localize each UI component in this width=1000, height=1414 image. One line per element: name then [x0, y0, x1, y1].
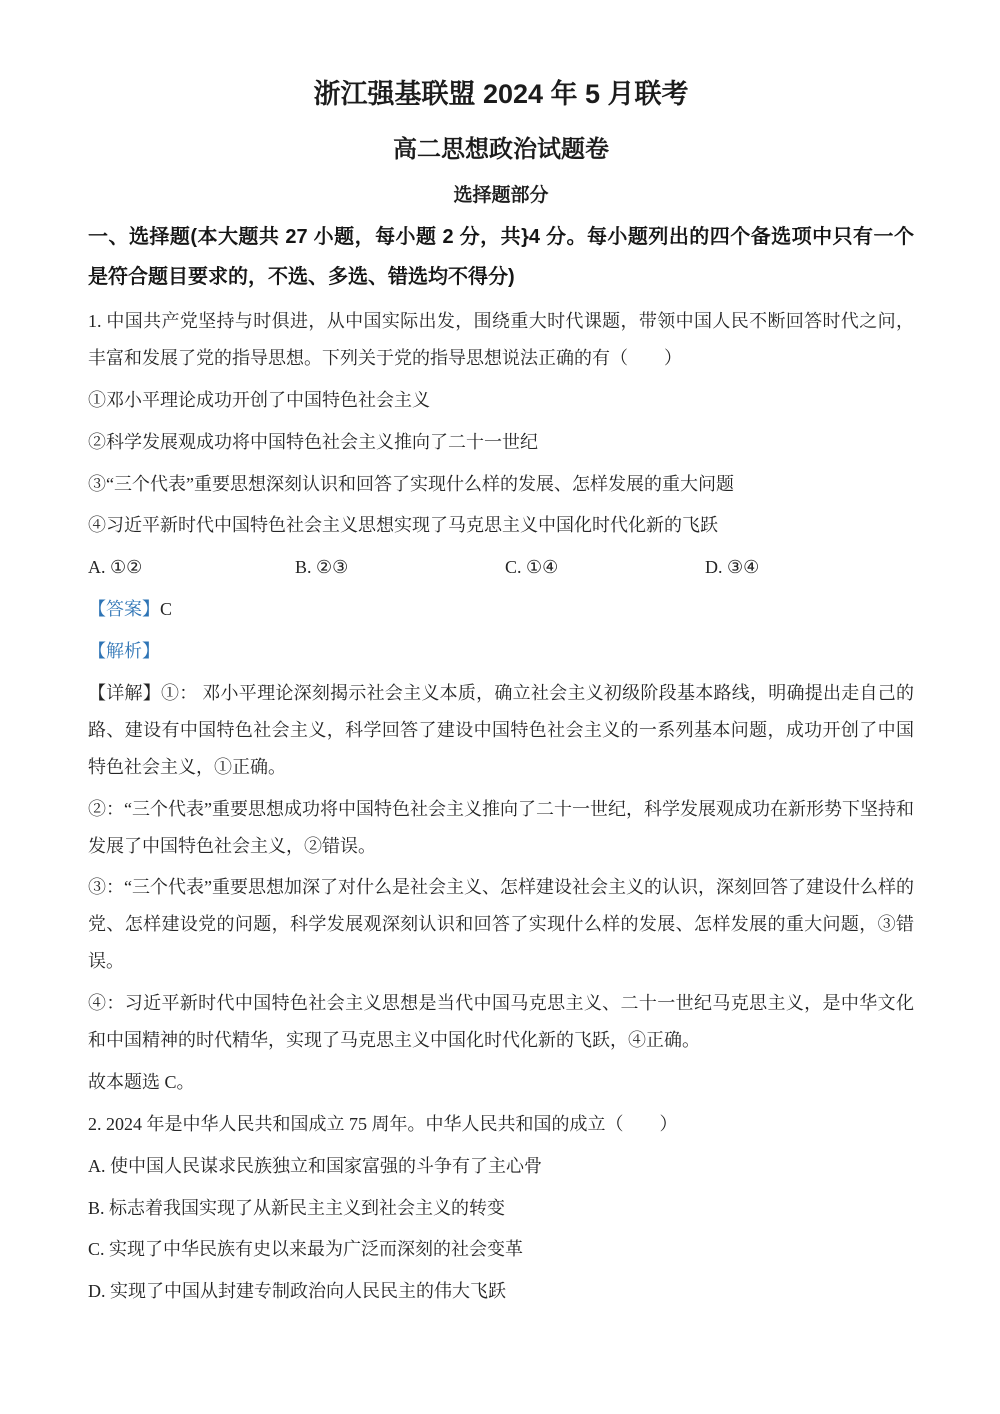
question-1-stem: 1. 中国共产党坚持与时俱进，从中国实际出发，围绕重大时代课题，带领中国人民不断… [88, 303, 914, 377]
section-heading: 选择题部分 [88, 180, 914, 207]
detail-paragraph-1: 【详解】①： 邓小平理论深刻揭示社会主义本质，确立社会主义初级阶段基本路线，明确… [88, 675, 914, 786]
detail-text-1: ①： 邓小平理论深刻揭示社会主义本质，确立社会主义初级阶段基本路线，明确提出走自… [88, 683, 914, 777]
question-1-statement-4: ④习近平新时代中国特色社会主义思想实现了马克思主义中国化时代化新的飞跃 [88, 507, 914, 544]
question-1-statement-3: ③“三个代表”重要思想深刻认识和回答了实现什么样的发展、怎样发展的重大问题 [88, 466, 914, 503]
question-1-option-b: B. ②③ [295, 549, 505, 586]
detail-label: 【详解】 [88, 683, 161, 703]
question-2-option-a: A. 使中国人民谋求民族独立和国家富强的斗争有了主心骨 [88, 1148, 914, 1185]
exam-subtitle: 高二思想政治试题卷 [88, 129, 914, 164]
answer-line: 【答案】C [88, 591, 914, 628]
detail-paragraph-3: ③：“三个代表”重要思想加深了对什么是社会主义、怎样建设社会主义的认识，深刻回答… [88, 869, 914, 980]
answer-value: C [160, 599, 172, 619]
question-2-option-c: C. 实现了中华民族有史以来最为广泛而深刻的社会变革 [88, 1231, 914, 1268]
analysis-line: 【解析】 [88, 633, 914, 670]
answer-label: 【答案】 [88, 599, 160, 619]
question-1-statement-1: ①邓小平理论成功开创了中国特色社会主义 [88, 382, 914, 419]
section-instructions: 一、选择题(本大题共 27 小题，每小题 2 分，共}4 分。每小题列出的四个备… [88, 217, 914, 297]
question-1-option-c: C. ①④ [505, 549, 705, 586]
detail-paragraph-2: ②：“三个代表”重要思想成功将中国特色社会主义推向了二十一世纪，科学发展观成功在… [88, 791, 914, 865]
question-1-statement-2: ②科学发展观成功将中国特色社会主义推向了二十一世纪 [88, 424, 914, 461]
detail-conclusion: 故本题选 C。 [88, 1064, 914, 1101]
question-2-stem: 2. 2024 年是中华人民共和国成立 75 周年。中华人民共和国的成立（ ） [88, 1106, 914, 1143]
question-1-option-d: D. ③④ [705, 549, 914, 586]
question-1-option-a: A. ①② [88, 549, 295, 586]
exam-title: 浙江强基联盟 2024 年 5 月联考 [88, 72, 914, 111]
detail-paragraph-4: ④：习近平新时代中国特色社会主义思想是当代中国马克思主义、二十一世纪马克思主义，… [88, 985, 914, 1059]
question-1-options-row: A. ①② B. ②③ C. ①④ D. ③④ [88, 549, 914, 586]
analysis-label: 【解析】 [88, 641, 160, 661]
question-2-option-b: B. 标志着我国实现了从新民主主义到社会主义的转变 [88, 1190, 914, 1227]
exam-page: 浙江强基联盟 2024 年 5 月联考 高二思想政治试题卷 选择题部分 一、选择… [0, 0, 1000, 1414]
question-2-option-d: D. 实现了中国从封建专制政治向人民民主的伟大飞跃 [88, 1273, 914, 1310]
